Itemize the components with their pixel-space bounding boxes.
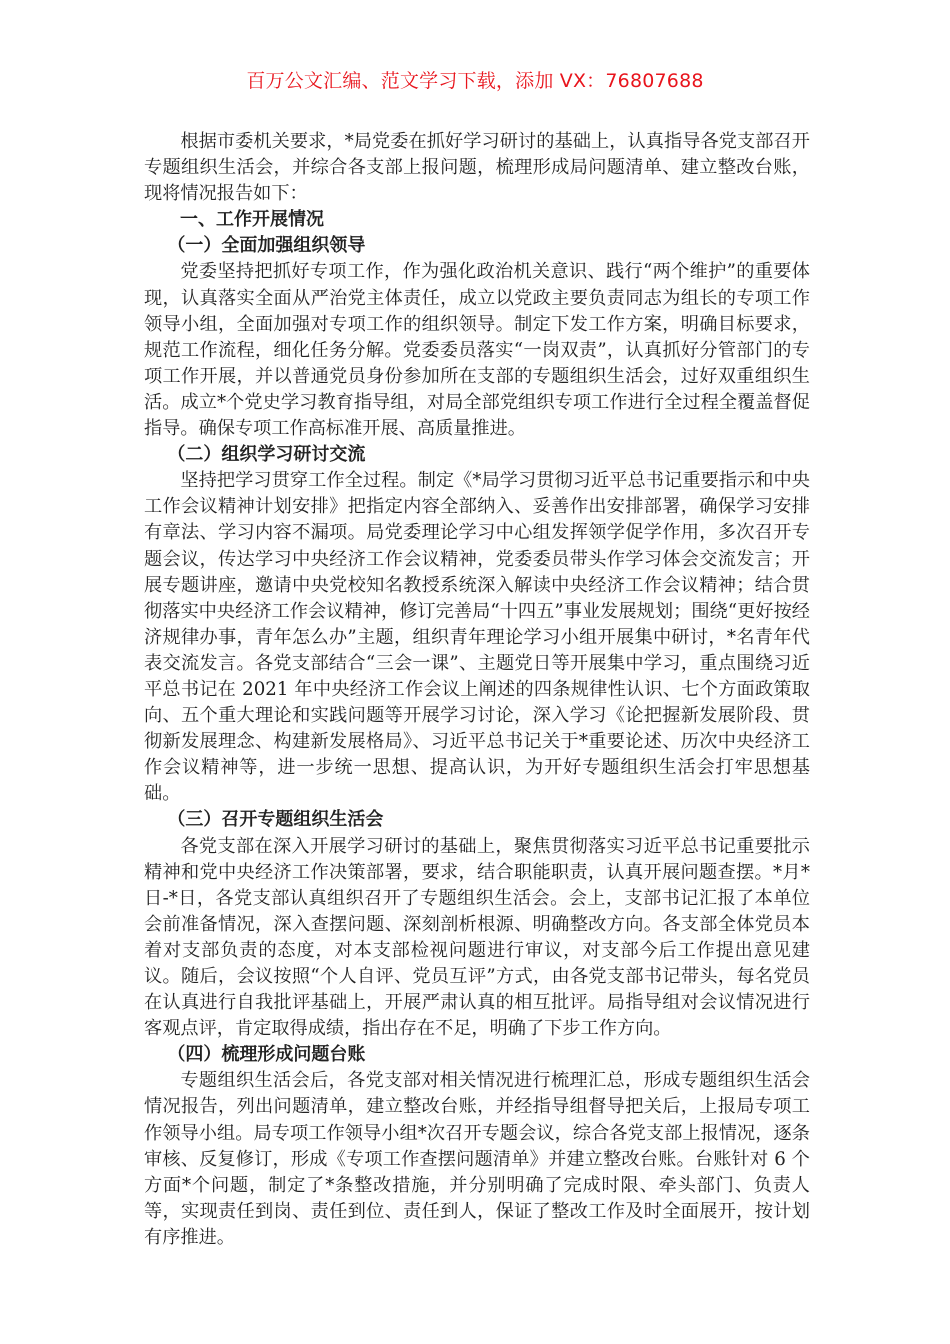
subsection-heading-2: （二）组织学习研讨交流	[144, 442, 810, 468]
subsection-heading-4: （四）梳理形成问题台账	[144, 1042, 810, 1068]
subsection-heading-1: （一）全面加强组织领导	[144, 233, 810, 259]
section-heading-work-progress: 一、工作开展情况	[144, 207, 810, 233]
intro-paragraph: 根据市委机关要求，*局党委在抓好学习研讨的基础上，认真指导各党支部召开专题组织生…	[144, 129, 810, 207]
subsection-paragraph-2: 坚持把学习贯穿工作全过程。制定《*局学习贯彻习近平总书记重要指示和中央工作会议精…	[144, 468, 810, 807]
document-page: 百万公文汇编、范文学习下载，添加 VX：76807688 根据市委机关要求，*局…	[0, 0, 950, 1344]
subsection-heading-3: （三）召开专题组织生活会	[144, 807, 810, 833]
subsection-paragraph-4: 专题组织生活会后，各党支部对相关情况进行梳理汇总，形成专题组织生活会情况报告，列…	[144, 1068, 810, 1251]
document-body: 根据市委机关要求，*局党委在抓好学习研讨的基础上，认真指导各党支部召开专题组织生…	[144, 129, 810, 1251]
watermark-banner: 百万公文汇编、范文学习下载，添加 VX：76807688	[0, 66, 950, 93]
subsection-paragraph-3: 各党支部在深入开展学习研讨的基础上，聚焦贯彻落实习近平总书记重要批示精神和党中央…	[144, 834, 810, 1043]
subsection-paragraph-1: 党委坚持把抓好专项工作，作为强化政治机关意识、践行“两个维护”的重要体现，认真落…	[144, 259, 810, 442]
